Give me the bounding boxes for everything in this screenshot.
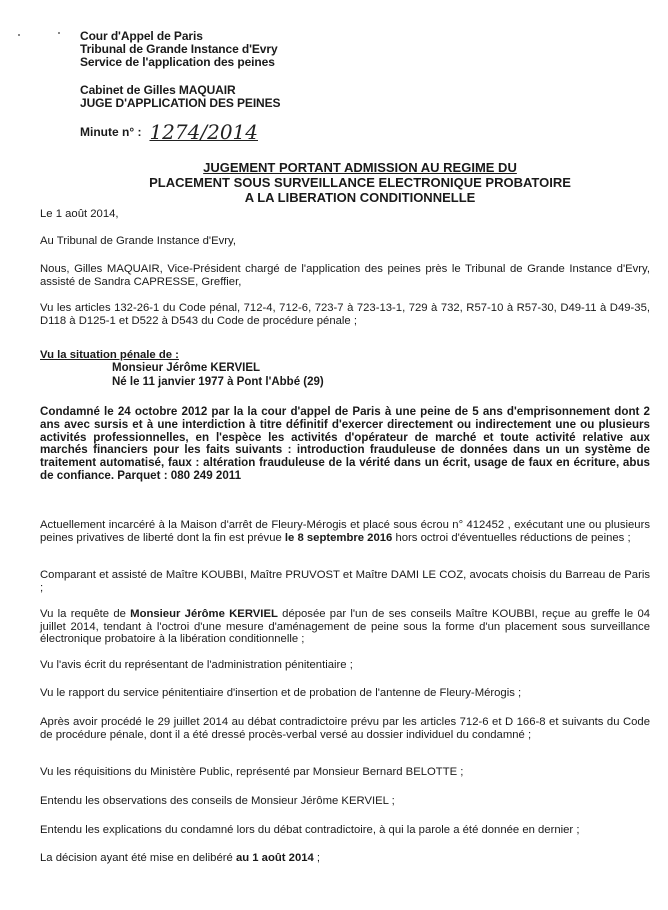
paragraph-condamne: Condamné le 24 octobre 2012 par la la co… xyxy=(40,406,650,483)
person-name: Monsieur Jérôme KERVIEL xyxy=(112,361,260,375)
paragraph-apres: Après avoir procédé le 29 juillet 2014 a… xyxy=(40,716,650,741)
incarcere-text-end: hors octroi d'éventuelles réductions de … xyxy=(392,532,630,544)
requester-name: Monsieur Jérôme KERVIEL xyxy=(130,608,278,620)
deliberation-date: au 1 août 2014 xyxy=(236,852,314,864)
release-date: le 8 septembre 2016 xyxy=(285,532,392,544)
paragraph-observations: Entendu les observations des conseils de… xyxy=(40,795,650,808)
minute-label: Minute n° : xyxy=(80,125,141,139)
paragraph-explications: Entendu les explications du condamné lor… xyxy=(40,824,650,837)
judgment-title: JUGEMENT PORTANT ADMISSION AU REGIME DU … xyxy=(130,160,590,205)
paragraph-decision: La décision ayant été mise en delibéré a… xyxy=(40,852,650,865)
paragraph-avis: Vu l'avis écrit du représentant de l'adm… xyxy=(40,659,650,672)
judgment-place: Au Tribunal de Grande Instance d'Evry, xyxy=(40,235,650,248)
judge-title: JUGE D'APPLICATION DES PEINES xyxy=(80,97,280,110)
paragraph-requisitions: Vu les réquisitions du Ministère Public,… xyxy=(40,766,650,779)
title-line-2: PLACEMENT SOUS SURVEILLANCE ELECTRONIQUE… xyxy=(130,175,590,190)
paragraph-nous: Nous, Gilles MAQUAIR, Vice-Président cha… xyxy=(40,263,650,288)
decision-text-end: ; xyxy=(314,852,320,864)
title-line-3: A LA LIBERATION CONDITIONNELLE xyxy=(130,190,590,205)
paragraph-incarcere: Actuellement incarcéré à la Maison d'arr… xyxy=(40,519,650,544)
document-page: Cour d'Appel de Paris Tribunal de Grande… xyxy=(0,0,668,910)
person-birth: Né le 11 janvier 1977 à Pont l'Abbé (29) xyxy=(112,375,324,389)
minute-number: Minute n° : 1274/2014 xyxy=(80,120,258,144)
scan-speck xyxy=(18,34,20,36)
paragraph-requete: Vu la requête de Monsieur Jérôme KERVIEL… xyxy=(40,608,650,646)
decision-text: La décision ayant été mise en delibéré xyxy=(40,852,236,864)
minute-handwritten-value: 1274/2014 xyxy=(149,120,258,144)
paragraph-articles: Vu les articles 132-26-1 du Code pénal, … xyxy=(40,302,650,327)
judgment-date: Le 1 août 2014, xyxy=(40,208,650,221)
title-line-1: JUGEMENT PORTANT ADMISSION AU REGIME DU xyxy=(130,160,590,175)
paragraph-rapport: Vu le rapport du service pénitentiaire d… xyxy=(40,687,650,700)
paragraph-comparant: Comparant et assisté de Maître KOUBBI, M… xyxy=(40,569,650,594)
service-name: Service de l'application des peines xyxy=(80,56,275,69)
requete-text: Vu la requête de xyxy=(40,608,130,620)
situation-heading: Vu la situation pénale de : xyxy=(40,349,179,362)
scan-speck xyxy=(58,32,60,34)
